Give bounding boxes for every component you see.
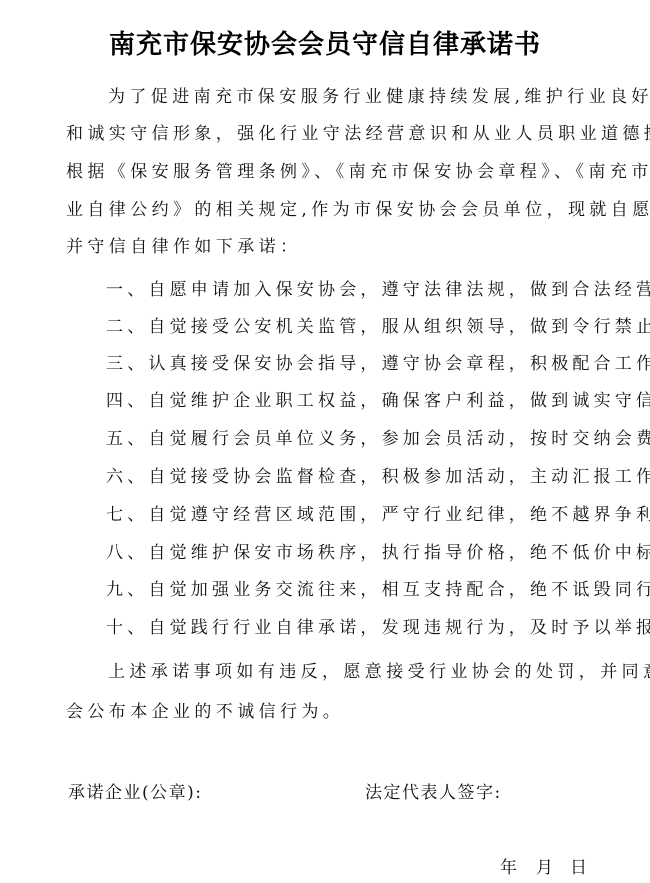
intro-line: 业自律公约》的相关规定,作为市保安协会会员单位，现就自愿入会 bbox=[66, 199, 650, 221]
commitment-item: 六、自觉接受协会监督检查，积极参加活动，主动汇报工作。 bbox=[106, 466, 650, 488]
intro-line: 和诚实守信形象，强化行业守法经营意识和从业人员职业道德操守。 bbox=[66, 123, 650, 145]
commitment-item: 一、自愿申请加入保安协会，遵守法律法规，做到合法经营。 bbox=[106, 279, 650, 301]
document-title: 南充市保安协会会员守信自律承诺书 bbox=[0, 28, 650, 62]
company-seal-label: 承诺企业(公章): bbox=[68, 782, 203, 804]
commitment-item: 三、认真接受保安协会指导，遵守协会章程，积极配合工作。 bbox=[106, 353, 650, 375]
commitment-item: 九、自觉加强业务交流往来，相互支持配合，绝不诋毁同行。 bbox=[106, 579, 650, 601]
date-month: 月 bbox=[536, 857, 553, 879]
commitment-item: 八、自觉维护保安市场秩序，执行指导价格，绝不低价中标。 bbox=[106, 542, 650, 564]
legal-representative-signature-label: 法定代表人签字: bbox=[365, 782, 502, 804]
intro-line: 并守信自律作如下承诺： bbox=[66, 236, 301, 258]
closing-line: 会公布本企业的不诚信行为。 bbox=[66, 701, 344, 723]
closing-line: 上述承诺事项如有违反，愿意接受行业协会的处罚，并同意向社 bbox=[108, 661, 650, 683]
commitment-item: 四、自觉维护企业职工权益，确保客户利益，做到诚实守信。 bbox=[106, 390, 650, 412]
commitment-item: 七、自觉遵守经营区域范围，严守行业纪律，绝不越界争利。 bbox=[106, 504, 650, 526]
commitment-item: 五、自觉履行会员单位义务，参加会员活动，按时交纳会费。 bbox=[106, 428, 650, 450]
date-year: 年 bbox=[500, 857, 517, 879]
intro-line: 根据《保安服务管理条例》、《南充市保安协会章程》、《南充市保安行 bbox=[66, 161, 650, 183]
date-day: 日 bbox=[570, 857, 587, 879]
commitment-letter-page: 南充市保安协会会员守信自律承诺书 为了促进南充市保安服务行业健康持续发展,维护行… bbox=[0, 0, 650, 883]
commitment-item: 二、自觉接受公安机关监管，服从组织领导，做到令行禁止。 bbox=[106, 316, 650, 338]
commitment-item: 十、自觉践行行业自律承诺，发现违规行为，及时予以举报。 bbox=[106, 617, 650, 639]
intro-line: 为了促进南充市保安服务行业健康持续发展,维护行业良好信誉 bbox=[108, 86, 650, 108]
